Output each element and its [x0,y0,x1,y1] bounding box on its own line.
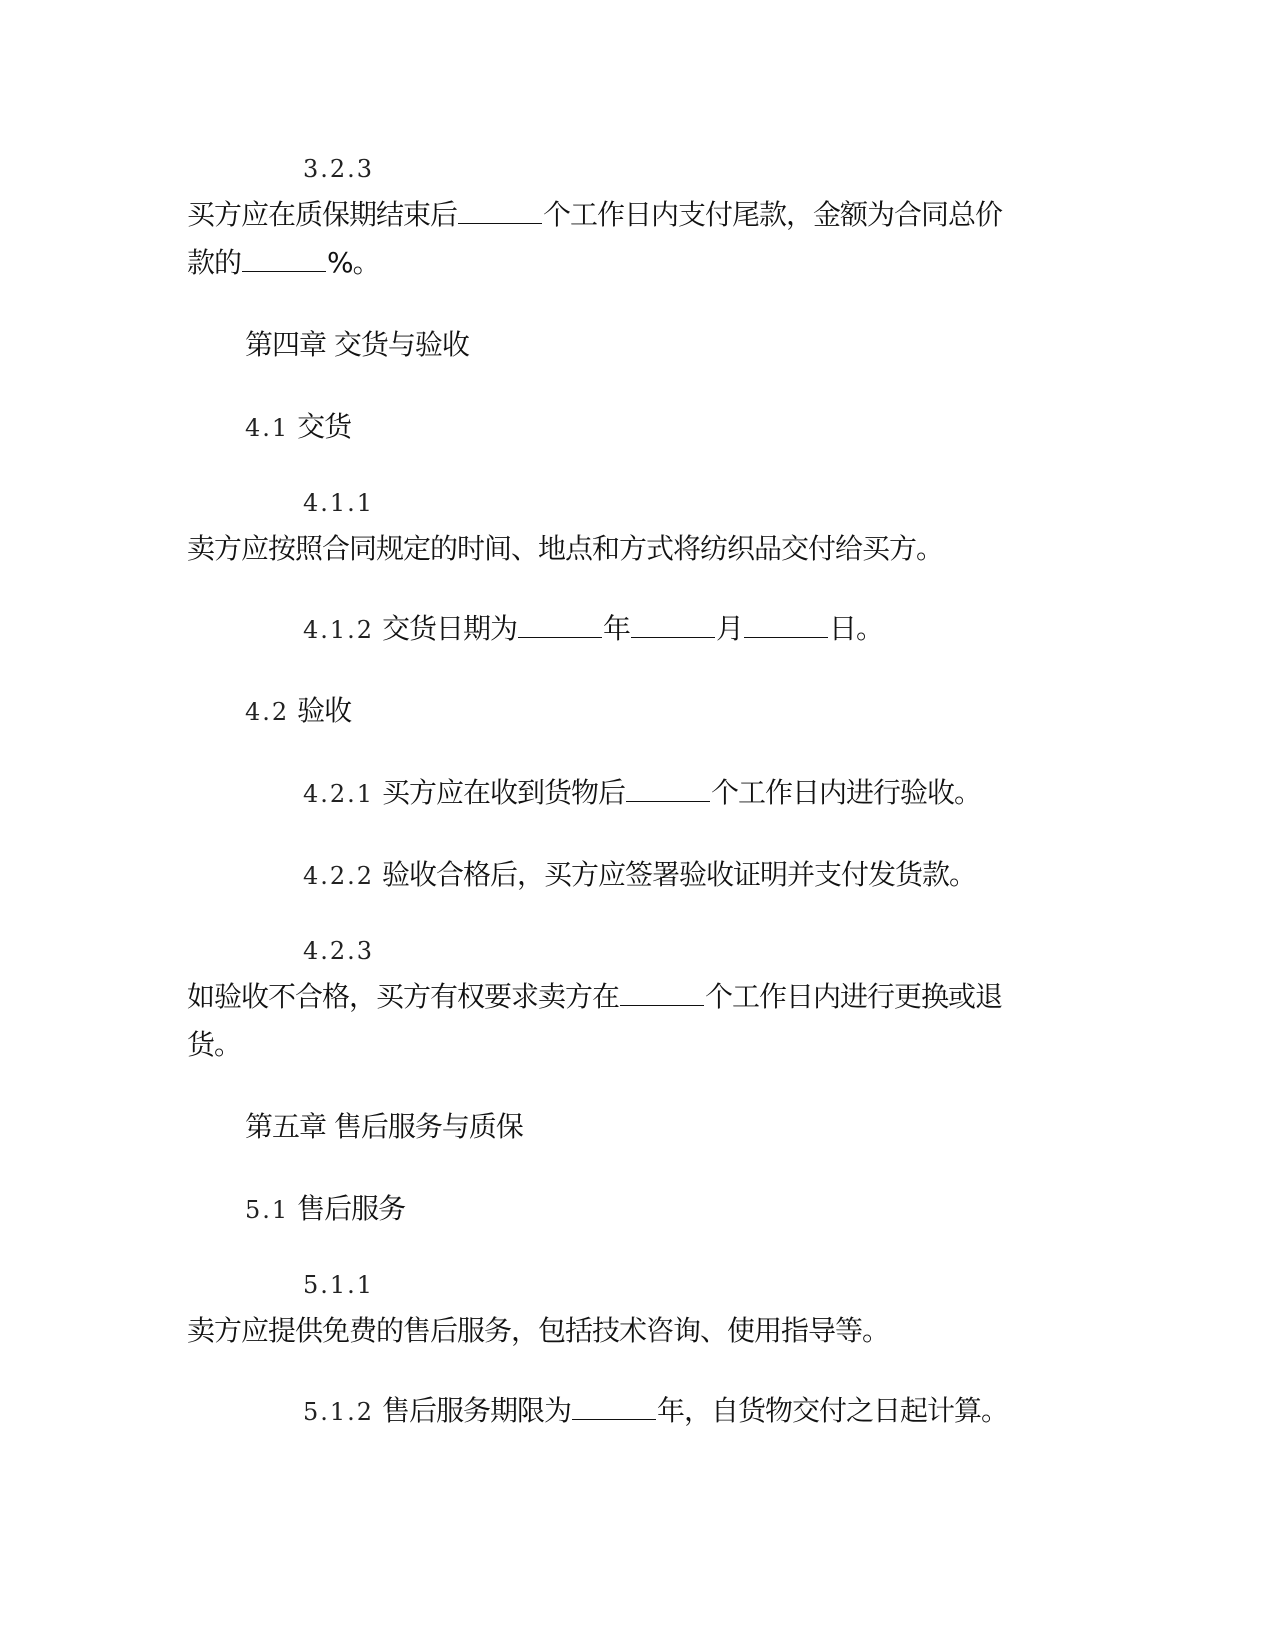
clause-text-part: 验收合格后，买方应签署验收证明并支付发货款。 [382,858,976,891]
clause-line: 4.2.1 买方应在收到货物后个工作日内进行验收。 [303,776,981,811]
clause-text-part: 年，自货物交付之日起计算。 [657,1394,1008,1427]
section-heading: 4.1 交货 [245,410,351,445]
month-blank[interactable] [631,613,715,638]
year-blank[interactable] [518,613,602,638]
day-blank[interactable] [744,613,828,638]
clause-text: 买方应在质保期结束后个工作日内支付尾款，金额为合同总价 [187,198,1002,232]
clause-line: 5.1.2 售后服务期限为年，自货物交付之日起计算。 [303,1394,1008,1429]
chapter-heading: 第四章 交货与验收 [245,328,469,362]
clause-number: 4.2.3 [303,934,374,968]
clause-line: 4.2.2 验收合格后，买方应签署验收证明并支付发货款。 [303,858,976,893]
section-title: 验收 [297,694,351,727]
clause-text-part: 月 [716,612,743,645]
clause-text-part: 买方应在收到货物后 [382,776,625,809]
clause-text-part: 个工作日内支付尾款，金额为合同总价 [543,198,1002,231]
clause-text: 款的%。 [187,246,380,280]
section-number: 5.1 [245,1196,289,1224]
fill-blank[interactable] [572,1395,656,1420]
fill-blank[interactable] [458,199,542,224]
clause-text-part: 个工作日内进行验收。 [711,776,981,809]
fill-blank[interactable] [626,777,710,802]
section-number: 4.1 [245,414,289,442]
clause-text: 货。 [187,1028,241,1062]
chapter-heading: 第五章 售后服务与质保 [245,1110,523,1144]
clause-number: 4.1.1 [303,486,374,520]
clause-text-part: %。 [327,246,380,279]
clause-number: 3.2.3 [303,152,374,186]
clause-text-part: 款的 [187,246,241,279]
clause-text-part: 售后服务期限为 [382,1394,571,1427]
clause-number: 5.1.2 [303,1398,374,1426]
clause-number: 4.2.1 [303,780,374,808]
clause-number: 5.1.1 [303,1268,374,1302]
clause-number: 4.1.2 [303,616,374,644]
clause-number: 4.2.2 [303,862,374,890]
fill-blank[interactable] [242,247,326,272]
clause-text-part: 交货日期为 [382,612,517,645]
clause-text-part: 个工作日内进行更换或退 [705,980,1002,1013]
clause-text-part: 日。 [829,612,883,645]
section-heading: 5.1 售后服务 [245,1192,405,1227]
section-title: 交货 [297,410,351,443]
clause-text: 如验收不合格，买方有权要求卖方在个工作日内进行更换或退 [187,980,1002,1014]
clause-text-part: 年 [603,612,630,645]
section-title: 售后服务 [297,1192,405,1225]
clause-text-part: 买方应在质保期结束后 [187,198,457,231]
clause-text: 卖方应提供免费的售后服务，包括技术咨询、使用指导等。 [187,1314,889,1348]
clause-line: 4.1.2 交货日期为年月日。 [303,612,883,647]
fill-blank[interactable] [620,981,704,1006]
document-page: 3.2.3 买方应在质保期结束后个工作日内支付尾款，金额为合同总价 款的%。 第… [0,0,1275,1650]
clause-text-part: 如验收不合格，买方有权要求卖方在 [187,980,619,1013]
section-number: 4.2 [245,698,289,726]
clause-text: 卖方应按照合同规定的时间、地点和方式将纺织品交付给买方。 [187,532,943,566]
section-heading: 4.2 验收 [245,694,351,729]
